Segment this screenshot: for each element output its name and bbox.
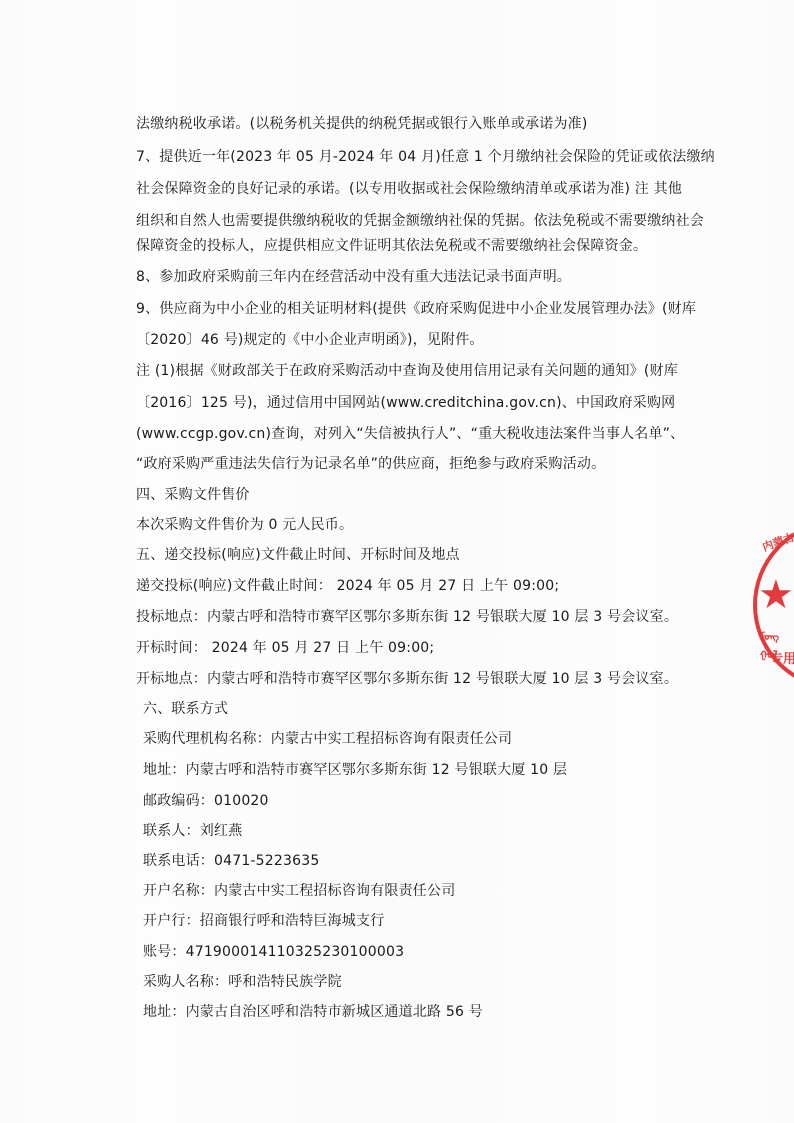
text-line: 〔2016〕125 号)，通过信用中国网站(www.creditchina.go… (136, 394, 675, 412)
agency-address: 地址：内蒙古呼和浩特市赛罕区鄂尔多斯东街 12 号银联大厦 10 层 (143, 761, 567, 779)
postal-code: 邮政编码：010020 (143, 792, 269, 810)
text-line: “政府采购严重违法失信行为记录名单”的供应商，拒绝参与政府采购活动。 (136, 455, 605, 473)
section-heading-document-price: 四、采购文件售价 (136, 486, 250, 504)
account-name: 开户名称：内蒙古中实工程招标咨询有限责任公司 (143, 882, 455, 900)
contact-person: 联系人：刘红燕 (143, 822, 242, 840)
text-line: 9、供应商为中小企业的相关证明材料(提供《政府采购促进中小企业发展管理办法》(财… (136, 300, 696, 318)
document-price-text: 本次采购文件售价为 0 元人民币。 (136, 516, 353, 534)
bid-location: 投标地点：内蒙古呼和浩特市赛罕区鄂尔多斯东街 12 号银联大厦 10 层 3 号… (136, 608, 678, 626)
text-line: 7、提供近一年(2023 年 05 月-2024 年 04 月)任意 1 个月缴… (136, 148, 715, 166)
purchaser-address: 地址：内蒙古自治区呼和浩特市新城区通道北路 56 号 (143, 1003, 483, 1021)
section-heading-contact: 六、联系方式 (143, 700, 228, 718)
bank-name: 开户行：招商银行呼和浩特巨海城支行 (143, 912, 384, 930)
text-line: 注 (1)根据《财政部关于在政府采购活动中查询及使用信用记录有关问题的通知》(财… (136, 362, 678, 380)
purchaser-name: 采购人名称：呼和浩特民族学院 (143, 973, 342, 991)
text-line: 8、参加政府采购前三年内在经营活动中没有重大违法记录书面声明。 (136, 268, 571, 286)
opening-time: 开标时间： 2024 年 05 月 27 日 上午 09:00; (136, 639, 434, 657)
contact-phone: 联系电话：0471-5223635 (143, 852, 319, 870)
text-line: 保障资金的投标人，应提供相应文件证明其依法免税或不需要缴纳社会保障资金。 (136, 237, 647, 255)
agency-name: 采购代理机构名称：内蒙古中实工程招标咨询有限责任公司 (143, 730, 512, 748)
stamp-star-icon: ★ (758, 575, 794, 615)
text-line: 组织和自然人也需要提供缴纳税收的凭据金额缴纳社保的凭据。依法免税或不需要缴纳社会 (136, 212, 704, 230)
opening-location: 开标地点：内蒙古呼和浩特市赛罕区鄂尔多斯东街 12 号银联大厦 10 层 3 号… (136, 670, 678, 688)
document-page: 法缴纳税收承诺。(以税务机关提供的纳税凭据或银行入账单或承诺为准)7、提供近一年… (0, 0, 794, 1123)
text-line: (www.ccgp.gov.cn)查询，对列入“失信被执行人”、“重大税收违法案… (136, 425, 684, 443)
text-line: 〔2020〕46 号)规定的《中小企业声明函》)，见附件。 (136, 331, 484, 349)
section-heading-deadline: 五、递交投标(响应)文件截止时间、开标时间及地点 (136, 546, 460, 564)
account-number: 账号：471900014110325230100003 (143, 943, 404, 961)
text-line: 社会保障资金的良好记录的承诺。(以专用收据或社会保险缴纳清单或承诺为准) 注 其… (136, 180, 682, 198)
stamp-bottom-text: 专用章 (770, 648, 794, 667)
submission-deadline: 递交投标(响应)文件截止时间： 2024 年 05 月 27 日 上午 09:0… (136, 577, 559, 595)
text-line: 法缴纳税收承诺。(以税务机关提供的纳税凭据或银行入账单或承诺为准) (136, 115, 588, 133)
